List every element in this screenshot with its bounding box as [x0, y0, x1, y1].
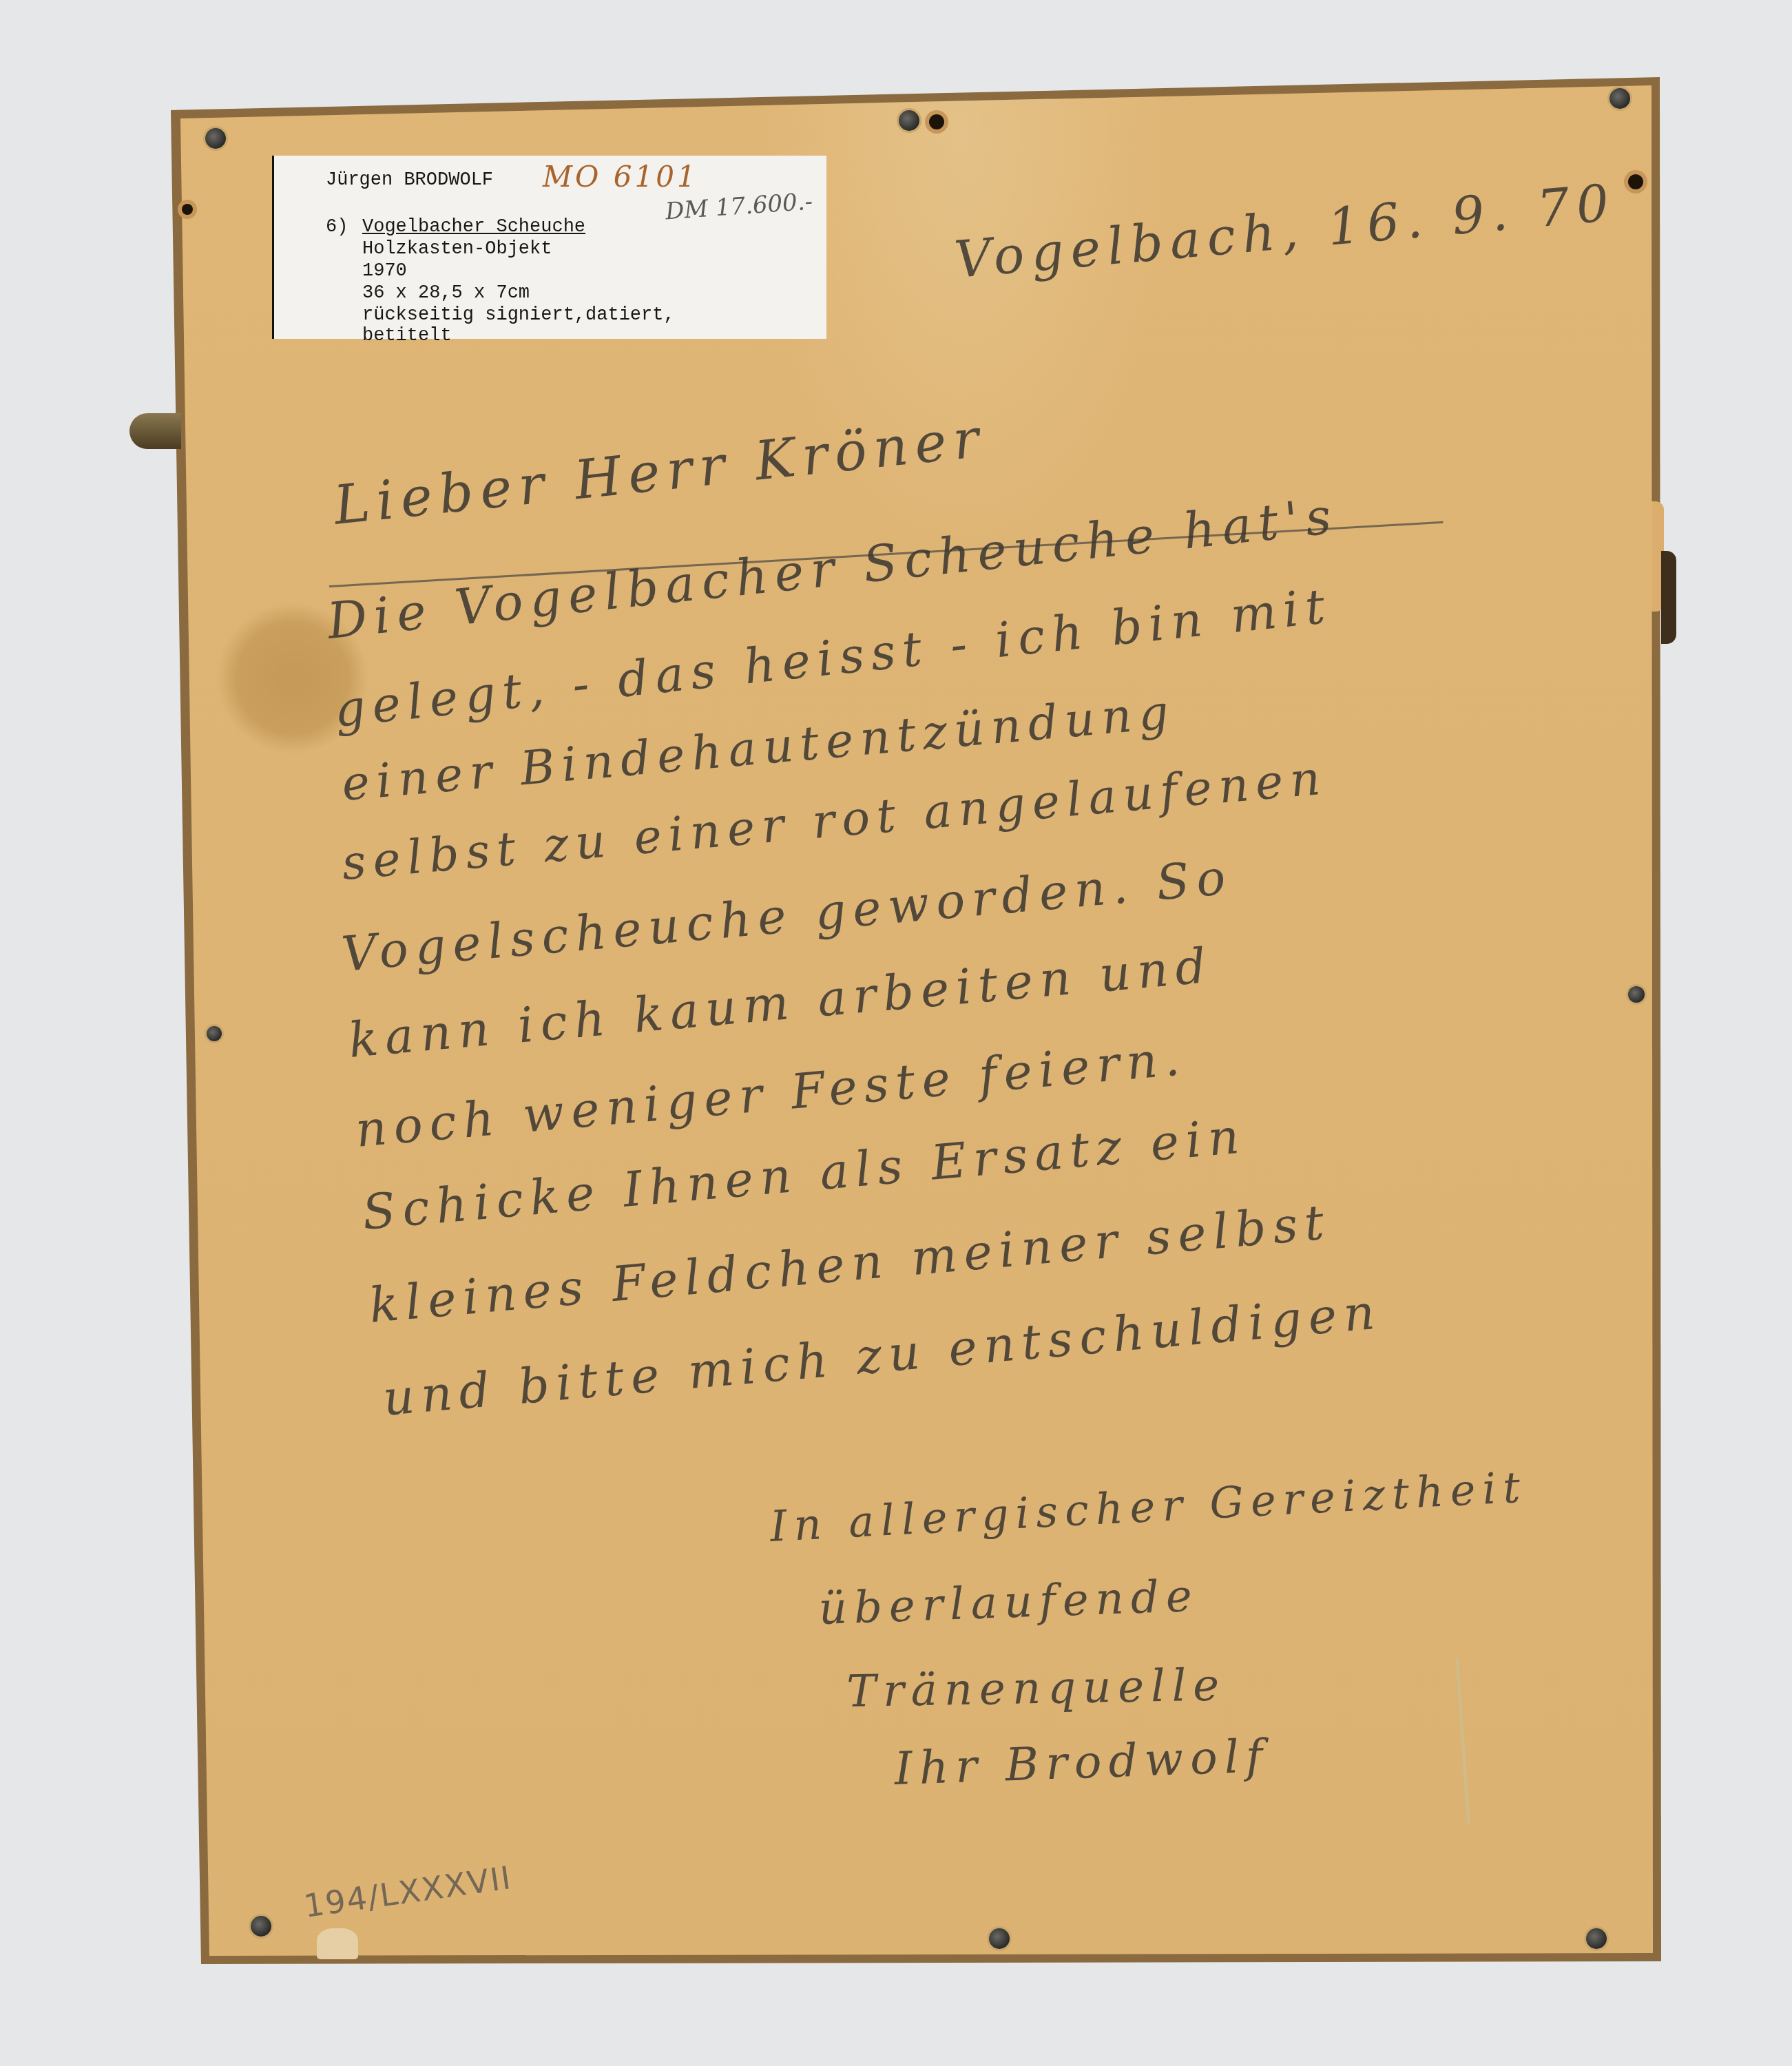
- nail-icon: [1586, 1928, 1607, 1949]
- hole-icon: [182, 204, 193, 215]
- typed-label: Jürgen BRODWOLF MO 6101 DM 17.600.- 6) V…: [272, 156, 826, 339]
- label-artist: Jürgen BRODWOLF: [326, 169, 493, 191]
- label-note: rückseitig signiert,datiert,: [362, 304, 675, 326]
- label-title: Vogelbacher Scheuche: [362, 216, 585, 238]
- label-note: betitelt: [362, 325, 452, 347]
- paper-tear: [317, 1928, 358, 1959]
- label-number: 6): [326, 216, 348, 238]
- nail-icon: [251, 1916, 271, 1937]
- nail-icon: [899, 110, 919, 131]
- nail-icon: [1609, 88, 1630, 109]
- label-dimensions: 36 x 28,5 x 7cm: [362, 282, 530, 304]
- letter-closing: Tränenquelle: [846, 1660, 1227, 1718]
- hanging-peg-left: [129, 413, 181, 449]
- label-inventory-number: MO 6101: [543, 160, 698, 194]
- label-year: 1970: [362, 260, 407, 282]
- nail-icon: [205, 128, 226, 149]
- hole-icon: [1628, 174, 1643, 189]
- nail-icon: [1628, 986, 1645, 1003]
- nail-icon: [989, 1928, 1010, 1949]
- hanging-peg-right: [1661, 551, 1676, 644]
- nail-icon: [207, 1026, 222, 1041]
- label-medium: Holzkasten-Objekt: [362, 238, 552, 260]
- hole-icon: [929, 114, 944, 129]
